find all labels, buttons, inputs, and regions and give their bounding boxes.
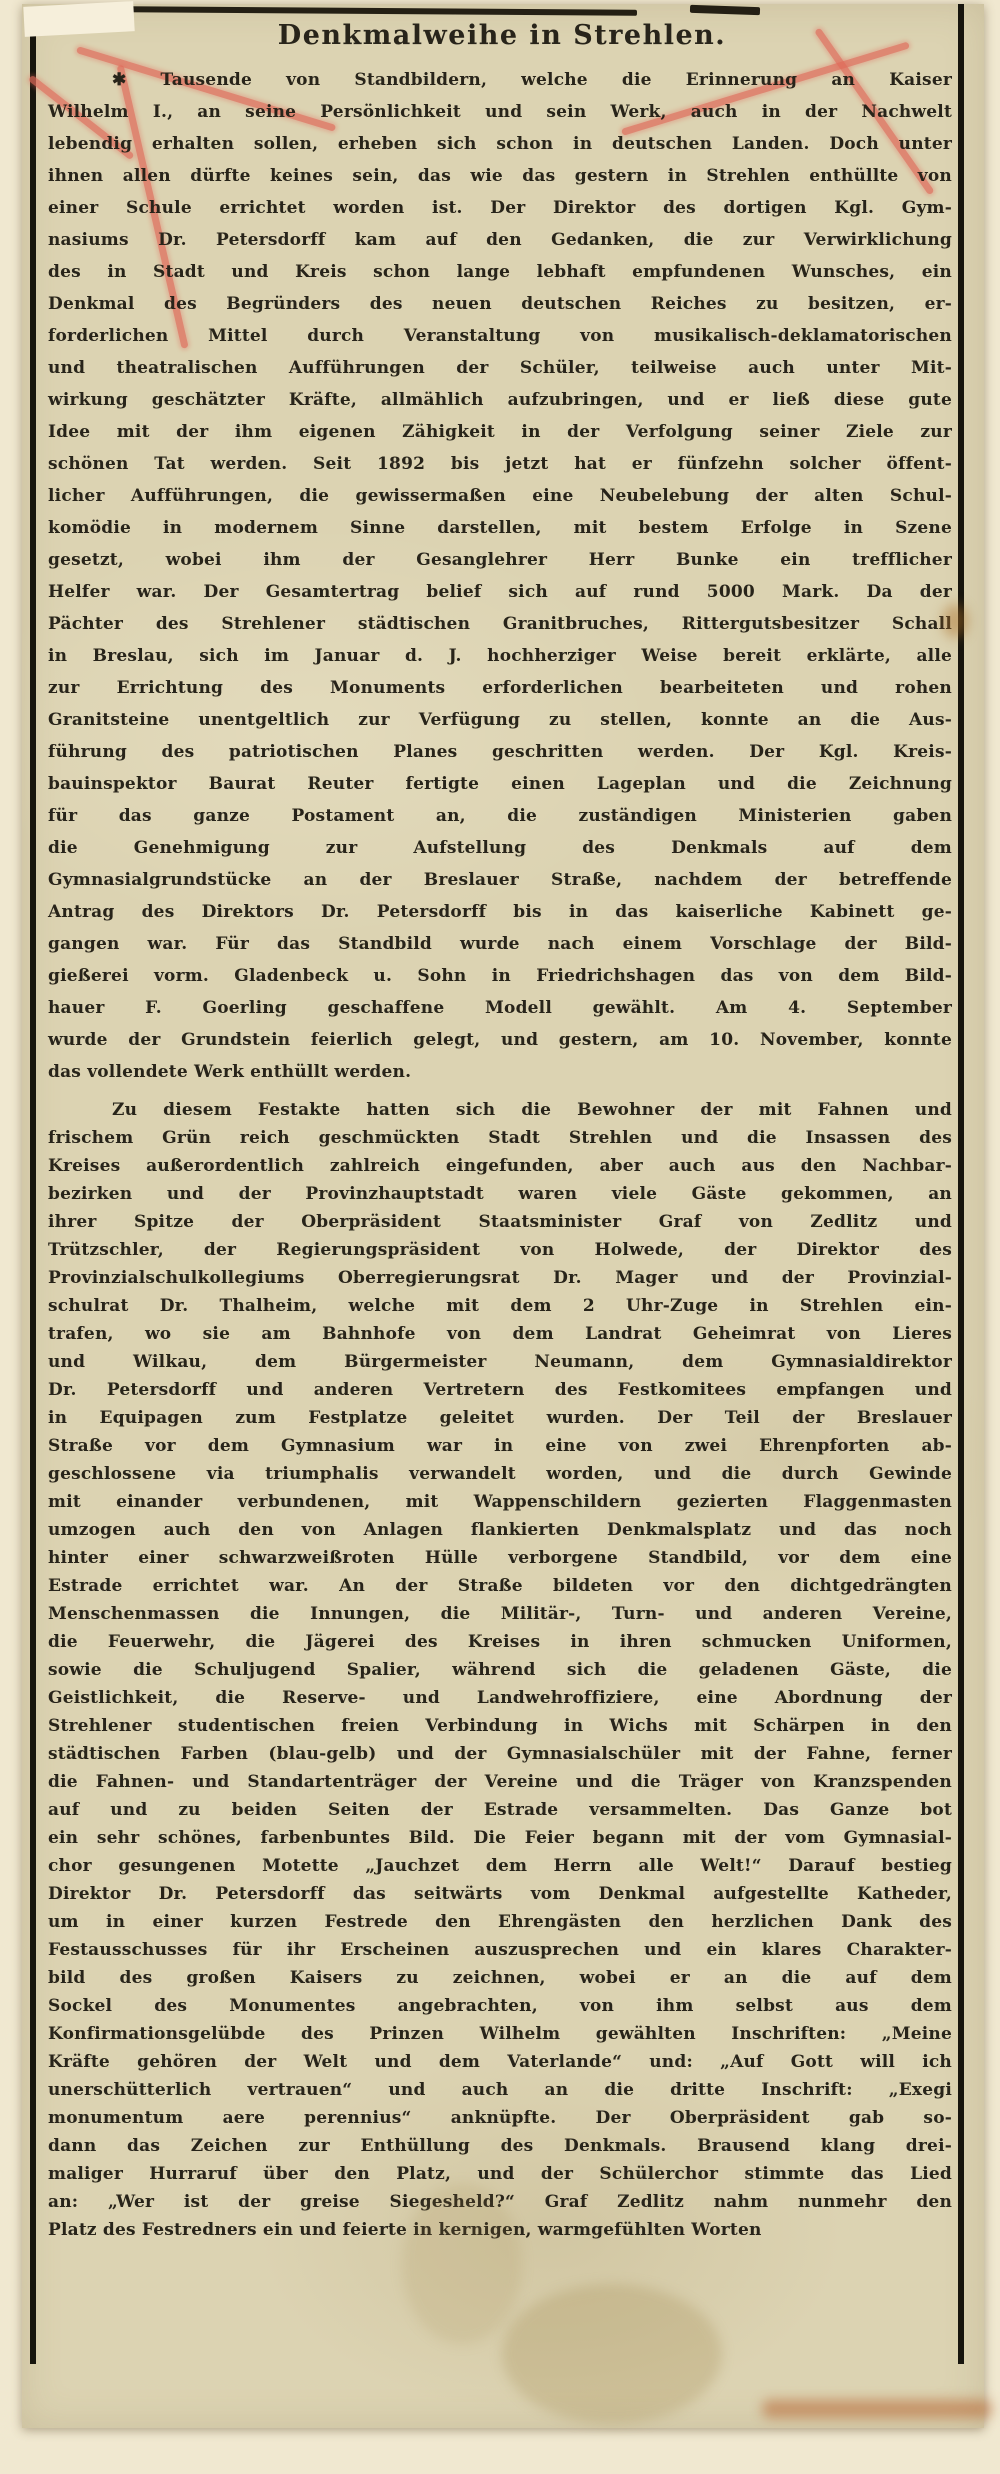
text-line: auf und zu beiden Seiten der Estrade ver… xyxy=(48,1796,952,1824)
text-line: ihrer Spitze der Oberpräsident Staatsmin… xyxy=(48,1208,952,1236)
text-line: ihnen allen dürfte keines sein, das wie … xyxy=(48,160,952,192)
stain xyxy=(942,604,968,638)
text-line: umzogen auch den von Anlagen flankierten… xyxy=(48,1516,952,1544)
text-line: Menschenmassen die Innungen, die Militär… xyxy=(48,1600,952,1628)
article-title: Denkmalweihe in Strehlen. xyxy=(52,20,952,51)
text-line: und Wilkau, dem Bürgermeister Neumann, d… xyxy=(48,1348,952,1376)
text-line: ✱ Tausende von Standbildern, welche die … xyxy=(48,64,952,96)
text-line: Kreises außerordentlich zahlreich eingef… xyxy=(48,1152,952,1180)
text-line: Direktor Dr. Petersdorff das seitwärts v… xyxy=(48,1880,952,1908)
text-line: schönen Tat werden. Seit 1892 bis jetzt … xyxy=(48,448,952,480)
text-line: Dr. Petersdorff und anderen Vertretern d… xyxy=(48,1376,952,1404)
text-line: um in einer kurzen Festrede den Ehrengäs… xyxy=(48,1908,952,1936)
text-line: gangen war. Für das Standbild wurde nach… xyxy=(48,928,952,960)
text-line: schulrat Dr. Thalheim, welche mit dem 2 … xyxy=(48,1292,952,1320)
text-line: Konfirmationsgelübde des Prinzen Wilhelm… xyxy=(48,2020,952,2048)
stain xyxy=(762,2400,992,2418)
text-line: bild des großen Kaisers zu zeichnen, wob… xyxy=(48,1964,952,1992)
text-line: Festausschusses für ihr Erscheinen auszu… xyxy=(48,1936,952,1964)
torn-rule-fragment xyxy=(690,5,760,15)
text-line: Pächter des Strehlener städtischen Grani… xyxy=(48,608,952,640)
text-line: zur Errichtung des Monuments erforderlic… xyxy=(48,672,952,704)
text-line: wurde der Grundstein feierlich gelegt, u… xyxy=(48,1024,952,1056)
stain xyxy=(502,2284,722,2424)
text-line: unerschütterlich vertrauen“ und auch an … xyxy=(48,2076,952,2104)
text-line: hauer F. Goerling geschaffene Modell gew… xyxy=(48,992,952,1024)
text-line: und theatralischen Aufführungen der Schü… xyxy=(48,352,952,384)
text-line: Helfer war. Der Gesamtertrag belief sich… xyxy=(48,576,952,608)
text-line: Wilhelm I., an seine Persönlichkeit und … xyxy=(48,96,952,128)
text-line: Denkmal des Begründers des neuen deutsch… xyxy=(48,288,952,320)
text-line: Strehlener studentischen freien Verbindu… xyxy=(48,1712,952,1740)
text-line: in Breslau, sich im Januar d. J. hochher… xyxy=(48,640,952,672)
text-line: dann das Zeichen zur Enthüllung des Denk… xyxy=(48,2132,952,2160)
newspaper-clipping: Denkmalweihe in Strehlen. ✱ Tausende von… xyxy=(22,4,984,2428)
text-line: geschlossene via triumphalis verwandelt … xyxy=(48,1460,952,1488)
text-line: Granitsteine unentgeltlich zur Verfügung… xyxy=(48,704,952,736)
torn-rule-fragment xyxy=(117,6,637,16)
text-line: bauinspektor Baurat Reuter fertigte eine… xyxy=(48,768,952,800)
text-line: Sockel des Monumentes angebrachten, von … xyxy=(48,1992,952,2020)
text-line: in Equipagen zum Festplatze geleitet wur… xyxy=(48,1404,952,1432)
text-line: wirkung geschätzter Kräfte, allmählich a… xyxy=(48,384,952,416)
text-line: trafen, wo sie am Bahnhofe von dem Landr… xyxy=(48,1320,952,1348)
text-line: das vollendete Werk enthüllt werden. xyxy=(48,1056,952,1088)
stain xyxy=(402,2184,522,2344)
right-column-rule xyxy=(958,4,964,2364)
text-line: Idee mit der ihm eigenen Zähigkeit in de… xyxy=(48,416,952,448)
album-page: { "document": { "type": "newspaper-clipp… xyxy=(0,0,1000,2474)
text-line: komödie in modernem Sinne darstellen, mi… xyxy=(48,512,952,544)
text-line: die Feuerwehr, die Jägerei des Kreises i… xyxy=(48,1628,952,1656)
text-line: monumentum aere perennius“ anknüpfte. De… xyxy=(48,2104,952,2132)
text-line: lebendig erhalten sollen, erheben sich s… xyxy=(48,128,952,160)
text-line: hinter einer schwarzweißroten Hülle verb… xyxy=(48,1544,952,1572)
text-line: chor gesungenen Motette „Jauchzet dem He… xyxy=(48,1852,952,1880)
left-column-rule xyxy=(30,34,36,2364)
text-line: licher Aufführungen, die gewissermaßen e… xyxy=(48,480,952,512)
text-line: führung des patriotischen Planes geschri… xyxy=(48,736,952,768)
text-line: Geistlichkeit, die Reserve- und Landwehr… xyxy=(48,1684,952,1712)
text-line: die Fahnen- und Standartenträger der Ver… xyxy=(48,1768,952,1796)
text-line: Zu diesem Festakte hatten sich die Bewoh… xyxy=(48,1096,952,1124)
text-line: des in Stadt und Kreis schon lange lebha… xyxy=(48,256,952,288)
text-line: Gymnasialgrundstücke an der Breslauer St… xyxy=(48,864,952,896)
text-line: die Genehmigung zur Aufstellung des Denk… xyxy=(48,832,952,864)
text-line: forderlichen Mittel durch Veranstaltung … xyxy=(48,320,952,352)
text-line: einer Schule errichtet worden ist. Der D… xyxy=(48,192,952,224)
text-line: städtischen Farben (blau-gelb) und der G… xyxy=(48,1740,952,1768)
text-line: Provinzialschulkollegiums Oberregierungs… xyxy=(48,1264,952,1292)
text-line: sowie die Schuljugend Spalier, während s… xyxy=(48,1656,952,1684)
text-line: Kräfte gehören der Welt und dem Vaterlan… xyxy=(48,2048,952,2076)
text-line: gesetzt, wobei ihm der Gesanglehrer Herr… xyxy=(48,544,952,576)
paragraph: ✱ Tausende von Standbildern, welche die … xyxy=(48,64,952,1088)
text-line: mit einander verbundenen, mit Wappenschi… xyxy=(48,1488,952,1516)
text-line: Straße vor dem Gymnasium war in eine von… xyxy=(48,1432,952,1460)
text-line: frischem Grün reich geschmückten Stadt S… xyxy=(48,1124,952,1152)
article-body: ✱ Tausende von Standbildern, welche die … xyxy=(48,64,952,2252)
text-line: nasiums Dr. Petersdorff kam auf den Geda… xyxy=(48,224,952,256)
text-line: Antrag des Direktors Dr. Petersdorff bis… xyxy=(48,896,952,928)
text-line: bezirken und der Provinzhauptstadt waren… xyxy=(48,1180,952,1208)
text-line: Trützschler, der Regierungspräsident von… xyxy=(48,1236,952,1264)
paragraph: Zu diesem Festakte hatten sich die Bewoh… xyxy=(48,1096,952,2244)
text-line: für das ganze Postament an, die zuständi… xyxy=(48,800,952,832)
text-line: maliger Hurraruf über den Platz, und der… xyxy=(48,2160,952,2188)
text-line: gießerei vorm. Gladenbeck u. Sohn in Fri… xyxy=(48,960,952,992)
text-line: Estrade errichtet war. An der Straße bil… xyxy=(48,1572,952,1600)
text-line: ein sehr schönes, farbenbuntes Bild. Die… xyxy=(48,1824,952,1852)
